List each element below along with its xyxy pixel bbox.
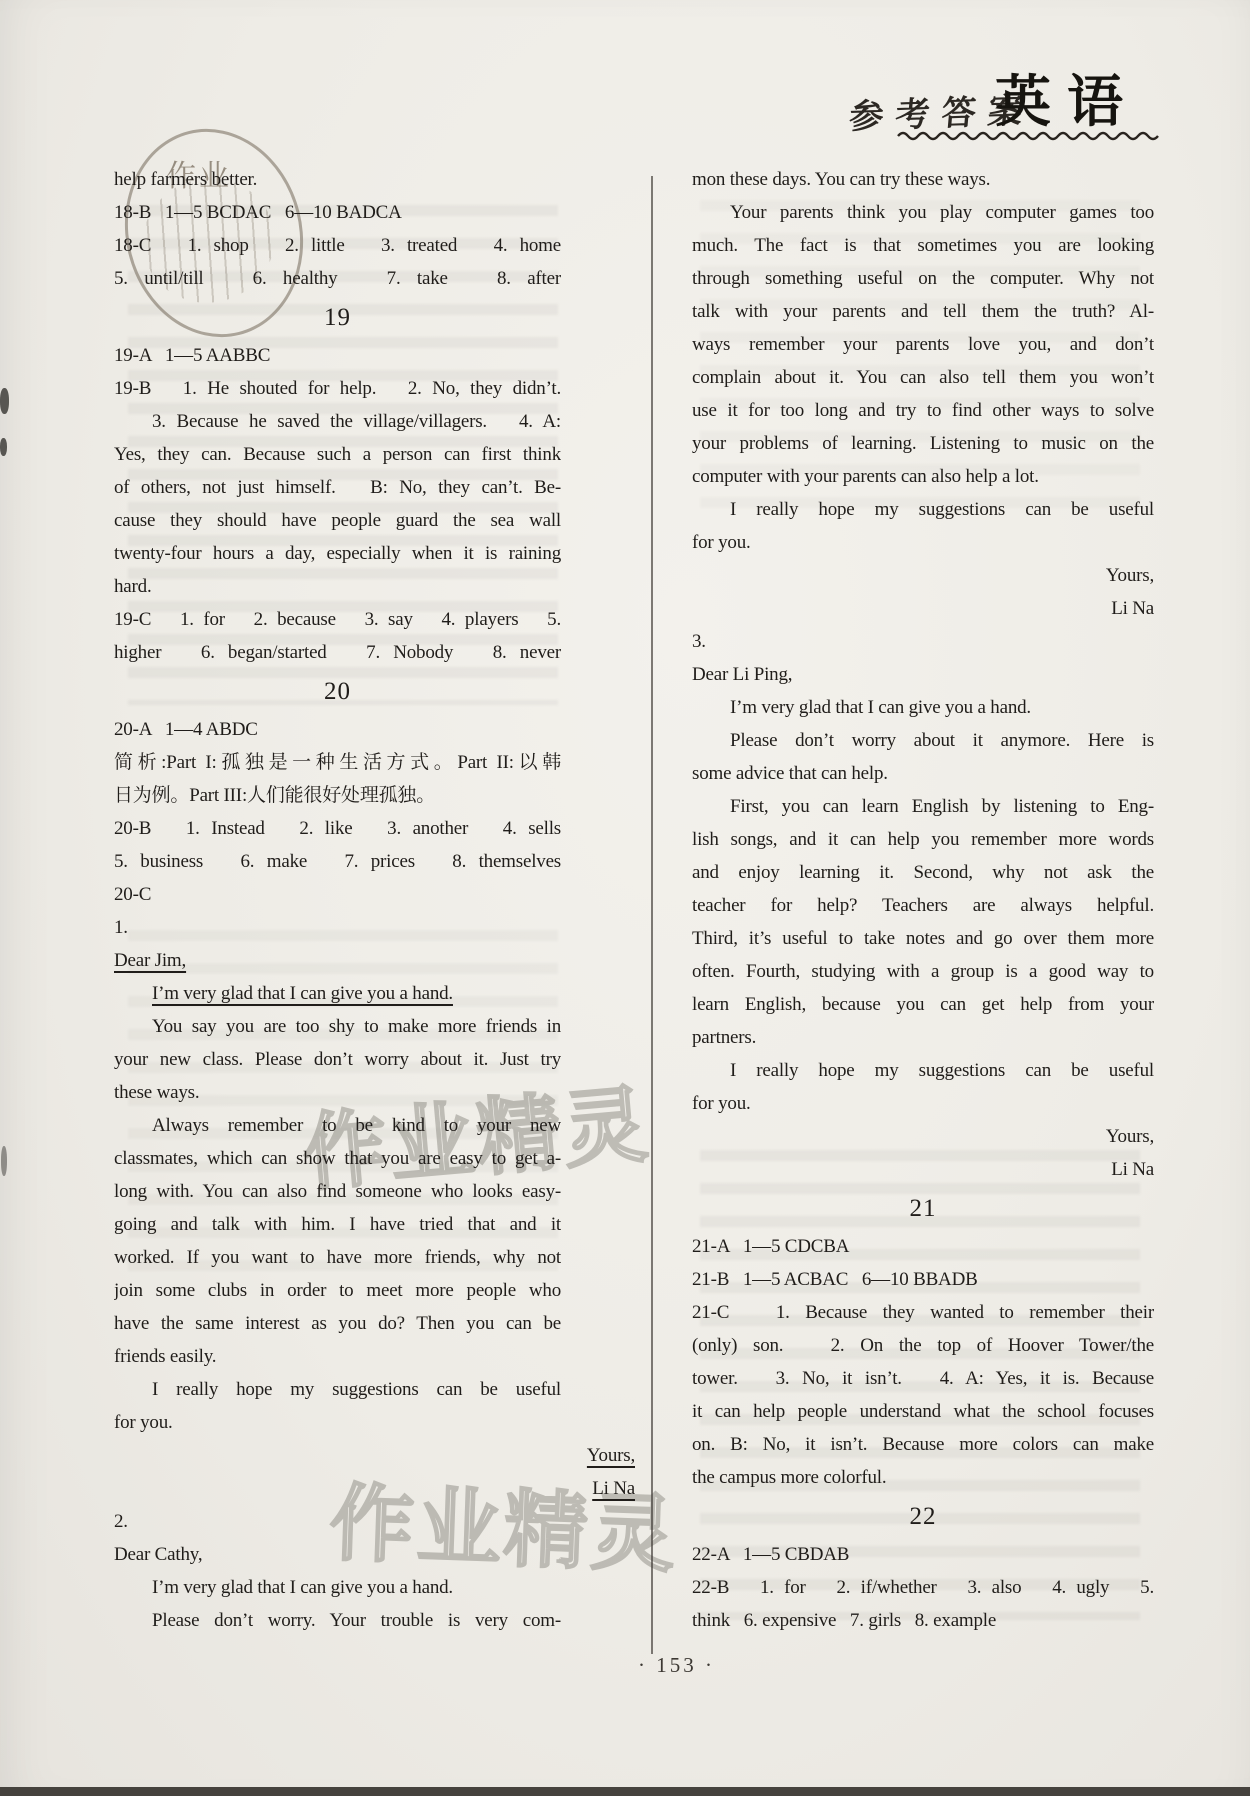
text-line: 3. — [692, 625, 1154, 658]
text-line: some advice that can help. — [692, 757, 1154, 790]
text-line: 5. until/till 6. healthy 7. take 8. afte… — [114, 262, 561, 295]
text-line: Always remember to be kind to your new — [114, 1109, 561, 1142]
wavy-underline — [896, 128, 1160, 142]
text-line: long with. You can also find someone who… — [114, 1175, 561, 1208]
text-line: much. The fact is that sometimes you are… — [692, 229, 1154, 262]
text-line: 21-B 1—5 ACBAC 6—10 BBADB — [692, 1263, 1154, 1296]
text-line: often. Fourth, studying with a group is … — [692, 955, 1154, 988]
text-line: partners. — [692, 1021, 1154, 1054]
text-line: teacher for help? Teachers are always he… — [692, 889, 1154, 922]
text-line: I’m very glad that I can give you a hand… — [692, 691, 1154, 724]
text-line: worked. If you want to have more friends… — [114, 1241, 561, 1274]
text-line: 21-A 1—5 CDCBA — [692, 1230, 1154, 1263]
section-heading: 22 — [692, 1494, 1154, 1538]
page-number: · 153 · — [638, 1653, 715, 1678]
text-line: Please don’t worry. Your trouble is very… — [114, 1604, 561, 1637]
text-line: twenty-four hours a day, especially when… — [114, 537, 561, 570]
text-line: join some clubs in order to meet more pe… — [114, 1274, 561, 1307]
text-line: mon these days. You can try these ways. — [692, 163, 1154, 196]
text-line: 1. — [114, 911, 561, 944]
section-heading: 19 — [114, 295, 561, 339]
text-line: computer with your parents can also help… — [692, 460, 1154, 493]
text-line: 日为例。Part III:人们能很好处理孤独。 — [114, 779, 561, 812]
text-line: talk with your parents and tell them the… — [692, 295, 1154, 328]
text-line: I really hope my suggestions can be usef… — [114, 1373, 561, 1406]
text-line: Yours, — [114, 1439, 635, 1472]
text-line: Dear Jim, — [114, 944, 561, 977]
text-line: help farmers better. — [114, 163, 561, 196]
text-line: think 6. expensive 7. girls 8. example — [692, 1604, 1154, 1637]
text-line: Dear Cathy, — [114, 1538, 561, 1571]
text-line: 简析:Part I:孤独是一种生活方式。Part II:以韩 — [114, 746, 561, 779]
text-line: First, you can learn English by listenin… — [692, 790, 1154, 823]
text-line: your new class. Please don’t worry about… — [114, 1043, 561, 1076]
text-line: higher 6. began/started 7. Nobody 8. nev… — [114, 636, 561, 669]
text-line: 3. Because he saved the village/villager… — [114, 405, 561, 438]
text-line: Dear Li Ping, — [692, 658, 1154, 691]
page-title: 英语 — [995, 58, 1139, 138]
text-line: classmates, which can show that you are … — [114, 1142, 561, 1175]
text-line: 19-B 1. He shouted for help. 2. No, they… — [114, 372, 561, 405]
text-line: 20-A 1—4 ABDC — [114, 713, 561, 746]
scan-speck — [1, 1146, 7, 1176]
text-line: complain about it. You can also tell the… — [692, 361, 1154, 394]
text-line: friends easily. — [114, 1340, 561, 1373]
text-line: Yours, — [692, 559, 1154, 592]
scan-bottom-edge — [0, 1787, 1250, 1796]
right-column: mon these days. You can try these ways.Y… — [692, 163, 1154, 1637]
text-line: Third, it’s useful to take notes and go … — [692, 922, 1154, 955]
section-heading: 20 — [114, 669, 561, 713]
scan-speck — [0, 388, 9, 414]
text-line: your problems of learning. Listening to … — [692, 427, 1154, 460]
text-line: lish songs, and it can help you remember… — [692, 823, 1154, 856]
text-line: have the same interest as you do? Then y… — [114, 1307, 561, 1340]
column-divider — [651, 176, 653, 1654]
text-line: learn English, because you can get help … — [692, 988, 1154, 1021]
text-line: through something useful on the computer… — [692, 262, 1154, 295]
text-line: (only) son. 2. On the top of Hoover Towe… — [692, 1329, 1154, 1362]
text-line: 2. — [114, 1505, 561, 1538]
text-line: for you. — [114, 1406, 561, 1439]
text-line: 5. business 6. make 7. prices 8. themsel… — [114, 845, 561, 878]
text-line: tower. 3. No, it isn’t. 4. A: Yes, it is… — [692, 1362, 1154, 1395]
text-line: 21-C 1. Because they wanted to remember … — [692, 1296, 1154, 1329]
text-line: going and talk with him. I have tried th… — [114, 1208, 561, 1241]
text-line: 19-C 1. for 2. because 3. say 4. players… — [114, 603, 561, 636]
text-line: cause they should have people guard the … — [114, 504, 561, 537]
text-line: 22-A 1—5 CBDAB — [692, 1538, 1154, 1571]
text-line: Yes, they can. Because such a person can… — [114, 438, 561, 471]
text-line: I really hope my suggestions can be usef… — [692, 493, 1154, 526]
text-line: on. B: No, it isn’t. Because more colors… — [692, 1428, 1154, 1461]
text-line: hard. — [114, 570, 561, 603]
text-line: and enjoy learning it. Second, why not a… — [692, 856, 1154, 889]
text-line: for you. — [692, 1087, 1154, 1120]
text-line: I’m very glad that I can give you a hand… — [114, 977, 561, 1010]
text-line: I’m very glad that I can give you a hand… — [114, 1571, 561, 1604]
text-line: Li Na — [692, 592, 1154, 625]
text-line: 20-C — [114, 878, 561, 911]
text-line: for you. — [692, 526, 1154, 559]
text-line: Your parents think you play computer gam… — [692, 196, 1154, 229]
left-column: help farmers better.18-B 1—5 BCDAC 6—10 … — [114, 163, 561, 1637]
text-line: 18-C 1. shop 2. little 3. treated 4. hom… — [114, 229, 561, 262]
text-line: Please don’t worry about it anymore. Her… — [692, 724, 1154, 757]
text-line: of others, not just himself. B: No, they… — [114, 471, 561, 504]
text-line: Li Na — [692, 1153, 1154, 1186]
text-line: the campus more colorful. — [692, 1461, 1154, 1494]
text-line: ways remember your parents love you, and… — [692, 328, 1154, 361]
text-line: I really hope my suggestions can be usef… — [692, 1054, 1154, 1087]
text-line: Li Na — [114, 1472, 635, 1505]
text-line: it can help people understand what the s… — [692, 1395, 1154, 1428]
text-line: You say you are too shy to make more fri… — [114, 1010, 561, 1043]
text-line: these ways. — [114, 1076, 561, 1109]
text-line: 22-B 1. for 2. if/whether 3. also 4. ugl… — [692, 1571, 1154, 1604]
text-line: Yours, — [692, 1120, 1154, 1153]
text-line: 18-B 1—5 BCDAC 6—10 BADCA — [114, 196, 561, 229]
scanned-answer-page: 参考答案 英语 作业 作业精灵 作业精灵 help farmers better… — [0, 0, 1250, 1796]
text-line: 19-A 1—5 AABBC — [114, 339, 561, 372]
section-heading: 21 — [692, 1186, 1154, 1230]
text-line: 20-B 1. Instead 2. like 3. another 4. se… — [114, 812, 561, 845]
text-line: use it for too long and try to find othe… — [692, 394, 1154, 427]
scan-speck — [0, 438, 7, 456]
